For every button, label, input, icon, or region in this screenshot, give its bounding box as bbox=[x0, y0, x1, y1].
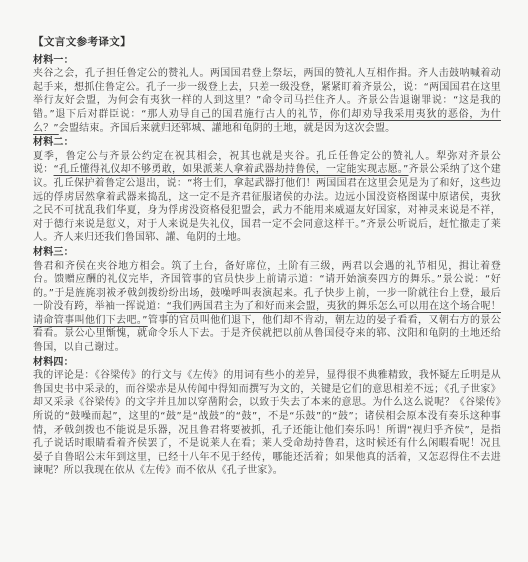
text-segment: 我的评论是：《谷梁传》的行文与《左传》的用词有些小的差异，显得很不典雅精致，我怀… bbox=[33, 370, 501, 476]
section-paragraph-material-2: 夏季，鲁定公与齐景公约定在祝其相会，祝其也就是夹谷。孔丘任鲁定公的赞礼人。犁弥对… bbox=[33, 150, 501, 245]
section-paragraph-material-1: 夹谷之会，孔子担任鲁定公的赞礼人。两国国君登上祭坛，两国的赞礼人互相作揖。齐人击… bbox=[33, 67, 501, 135]
section-label-material-2: 材料二： bbox=[33, 136, 501, 150]
section-material-3: 材料三： 鲁君和齐侯在夹谷地方相会。筑了土台，备好席位，土阶有三级，两君以会遇的… bbox=[33, 246, 501, 355]
document-page: 【文言文参考译文】 材料一： 夹谷之会，孔子担任鲁定公的赞礼人。两国国君登上祭坛… bbox=[0, 0, 528, 562]
section-material-4: 材料四： 我的评论是：《谷梁传》的行文与《左传》的用词有些小的差异，显得很不典雅… bbox=[33, 356, 501, 478]
section-label-material-1: 材料一： bbox=[33, 54, 501, 68]
section-label-material-3: 材料三： bbox=[33, 246, 501, 260]
section-paragraph-material-3: 鲁君和齐侯在夹谷地方相会。筑了土台，备好席位，土阶有三级，两君以会遇的礼节相见，… bbox=[33, 260, 501, 355]
underlined-text-segment: “孔丘懂得礼仪却不够勇敢，如果派莱人拿着武器劫持鲁侯，一定能实现志愿。” bbox=[54, 164, 409, 175]
section-material-1: 材料一： 夹谷之会，孔子担任鲁定公的赞礼人。两国国君登上祭坛，两国的赞礼人互相作… bbox=[33, 54, 501, 136]
section-paragraph-material-4: 我的评论是：《谷梁传》的行文与《左传》的用词有些小的差异，显得很不典雅精致，我怀… bbox=[33, 369, 501, 478]
page-title: 【文言文参考译文】 bbox=[33, 36, 501, 50]
text-segment: 齐景公采纳了这个建议。孔丘保护着鲁定公退出，说：“将士们，拿起武器打他们！两国国… bbox=[33, 164, 501, 243]
section-material-2: 材料二： 夏季，鲁定公与齐景公约定在祝其相会，祝其也就是夹谷。孔丘任鲁定公的赞礼… bbox=[33, 136, 501, 245]
text-segment: 会盟结束。齐国后来就归还郓城、讙地和龟阴的土地，就是因为这次会盟。 bbox=[59, 123, 396, 134]
section-label-material-4: 材料四： bbox=[33, 356, 501, 370]
